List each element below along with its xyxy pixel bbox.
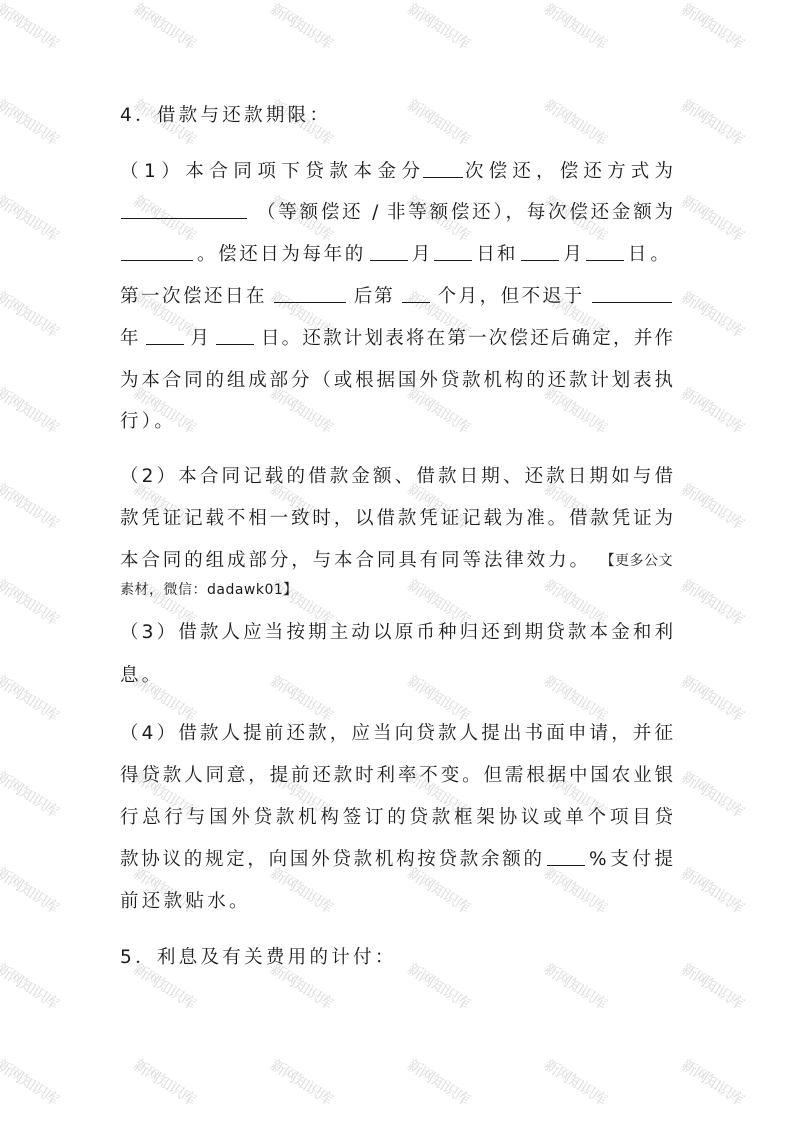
watermark-text: 新网知识库 — [678, 190, 748, 246]
blank-month-2[interactable] — [521, 242, 559, 261]
watermark-text: 新网知识库 — [267, 1054, 337, 1110]
watermark-text: 新网知识库 — [678, 574, 748, 630]
watermark-text: 新网知识库 — [541, 0, 611, 54]
watermark-text: 新网知识库 — [0, 958, 63, 1014]
para1-line2: （等额偿还 / 非等额偿还），每次偿还金额为 — [120, 200, 673, 226]
watermark-text: 新网知识库 — [678, 958, 748, 1014]
para1-line6: 为本合同的组成部分（或根据国外贷款机构的还款计划表执 — [120, 368, 673, 394]
para1-line1: （1）本合同项下贷款本金分 次偿还，偿还方式为 — [120, 159, 673, 185]
blank-first-date[interactable] — [274, 284, 346, 303]
para3-line2: 息。 — [120, 663, 673, 689]
watermark-text: 新网知识库 — [130, 0, 200, 54]
heading-text: 5．利息及有关费用的计付： — [120, 945, 397, 971]
blank-day-2[interactable] — [586, 242, 624, 261]
para1-line4: 第一次偿还日在 后第 个月，但不迟于 — [120, 284, 673, 310]
promo-note-cont: 素材，微信：dadawk01】 — [120, 580, 298, 600]
watermark-text: 新网知识库 — [130, 1054, 200, 1110]
watermark-text: 新网知识库 — [404, 1054, 474, 1110]
para4-line5: 前还款贴水。 — [120, 889, 673, 915]
blank-amount[interactable] — [121, 242, 193, 261]
blank-month-1[interactable] — [370, 242, 408, 261]
watermark-text: 新网知识库 — [0, 478, 63, 534]
blank-latest-year[interactable] — [592, 284, 672, 303]
blank-latest-month[interactable] — [146, 326, 184, 345]
watermark-text: 新网知识库 — [678, 766, 748, 822]
blank-day-1[interactable] — [434, 242, 472, 261]
watermark-text: 新网知识库 — [267, 0, 337, 54]
para4-line4: 款协议的规定，向国外贷款机构按贷款余额的 %支付提 — [120, 847, 673, 873]
blank-months[interactable] — [402, 284, 430, 303]
para1-line7: 行）。 — [120, 409, 673, 435]
watermark-text: 新网知识库 — [0, 1054, 63, 1110]
watermark-text: 新网知识库 — [0, 574, 63, 630]
watermark-text: 新网知识库 — [0, 0, 63, 54]
watermark-text: 新网知识库 — [0, 94, 63, 150]
watermark-text: 新网知识库 — [678, 0, 748, 54]
para4-line1: （4）借款人提前还款，应当向贷款人提出书面申请，并征 — [120, 721, 673, 747]
para1-line5: 年 月 日。还款计划表将在第一次偿还后确定，并作 — [120, 326, 673, 352]
heading-text: 4．借款与还款期限： — [120, 103, 331, 129]
blank-latest-day[interactable] — [216, 326, 254, 345]
watermark-text: 新网知识库 — [678, 1054, 748, 1110]
watermark-text: 新网知识库 — [541, 1054, 611, 1110]
watermark-text: 新网知识库 — [404, 0, 474, 54]
section-heading-5: 5．利息及有关费用的计付： — [120, 945, 673, 971]
promo-note: 【更多公文 — [601, 548, 674, 574]
watermark-text: 新网知识库 — [0, 862, 63, 918]
blank-repay-method[interactable] — [121, 200, 247, 219]
watermark-text: 新网知识库 — [678, 286, 748, 342]
para2-line1: （2）本合同记载的借款金额、借款日期、还款日期如与借 — [120, 464, 673, 490]
watermark-text: 新网知识库 — [678, 670, 748, 726]
watermark-text: 新网知识库 — [678, 862, 748, 918]
para2-note-line: 素材，微信：dadawk01】 — [120, 580, 673, 600]
watermark-text: 新网知识库 — [0, 190, 63, 246]
blank-installments[interactable] — [423, 159, 463, 178]
watermark-text: 新网知识库 — [0, 670, 63, 726]
watermark-text: 新网知识库 — [0, 382, 63, 438]
watermark-text: 新网知识库 — [0, 286, 63, 342]
para2-line3: 本合同的组成部分，与本合同具有同等法律效力。 【更多公文 — [120, 548, 673, 574]
watermark-text: 新网知识库 — [678, 382, 748, 438]
section-heading-4: 4．借款与还款期限： — [120, 103, 673, 129]
para4-line3: 行总行与国外贷款机构签订的贷款框架协议或单个项目贷 — [120, 805, 673, 831]
para1-line3: 。偿还日为每年的 月 日和 月 日。 — [120, 242, 673, 268]
para3-line1: （3）借款人应当按期主动以原币种归还到期贷款本金和利 — [120, 620, 673, 646]
blank-percent[interactable] — [547, 847, 585, 866]
watermark-text: 新网知识库 — [678, 478, 748, 534]
watermark-text: 新网知识库 — [678, 94, 748, 150]
para2-line2: 款凭证记载不相一致时，以借款凭证记载为准。借款凭证为 — [120, 506, 673, 532]
para4-line2: 得贷款人同意，提前还款时利率不变。但需根据中国农业银 — [120, 763, 673, 789]
watermark-text: 新网知识库 — [0, 766, 63, 822]
